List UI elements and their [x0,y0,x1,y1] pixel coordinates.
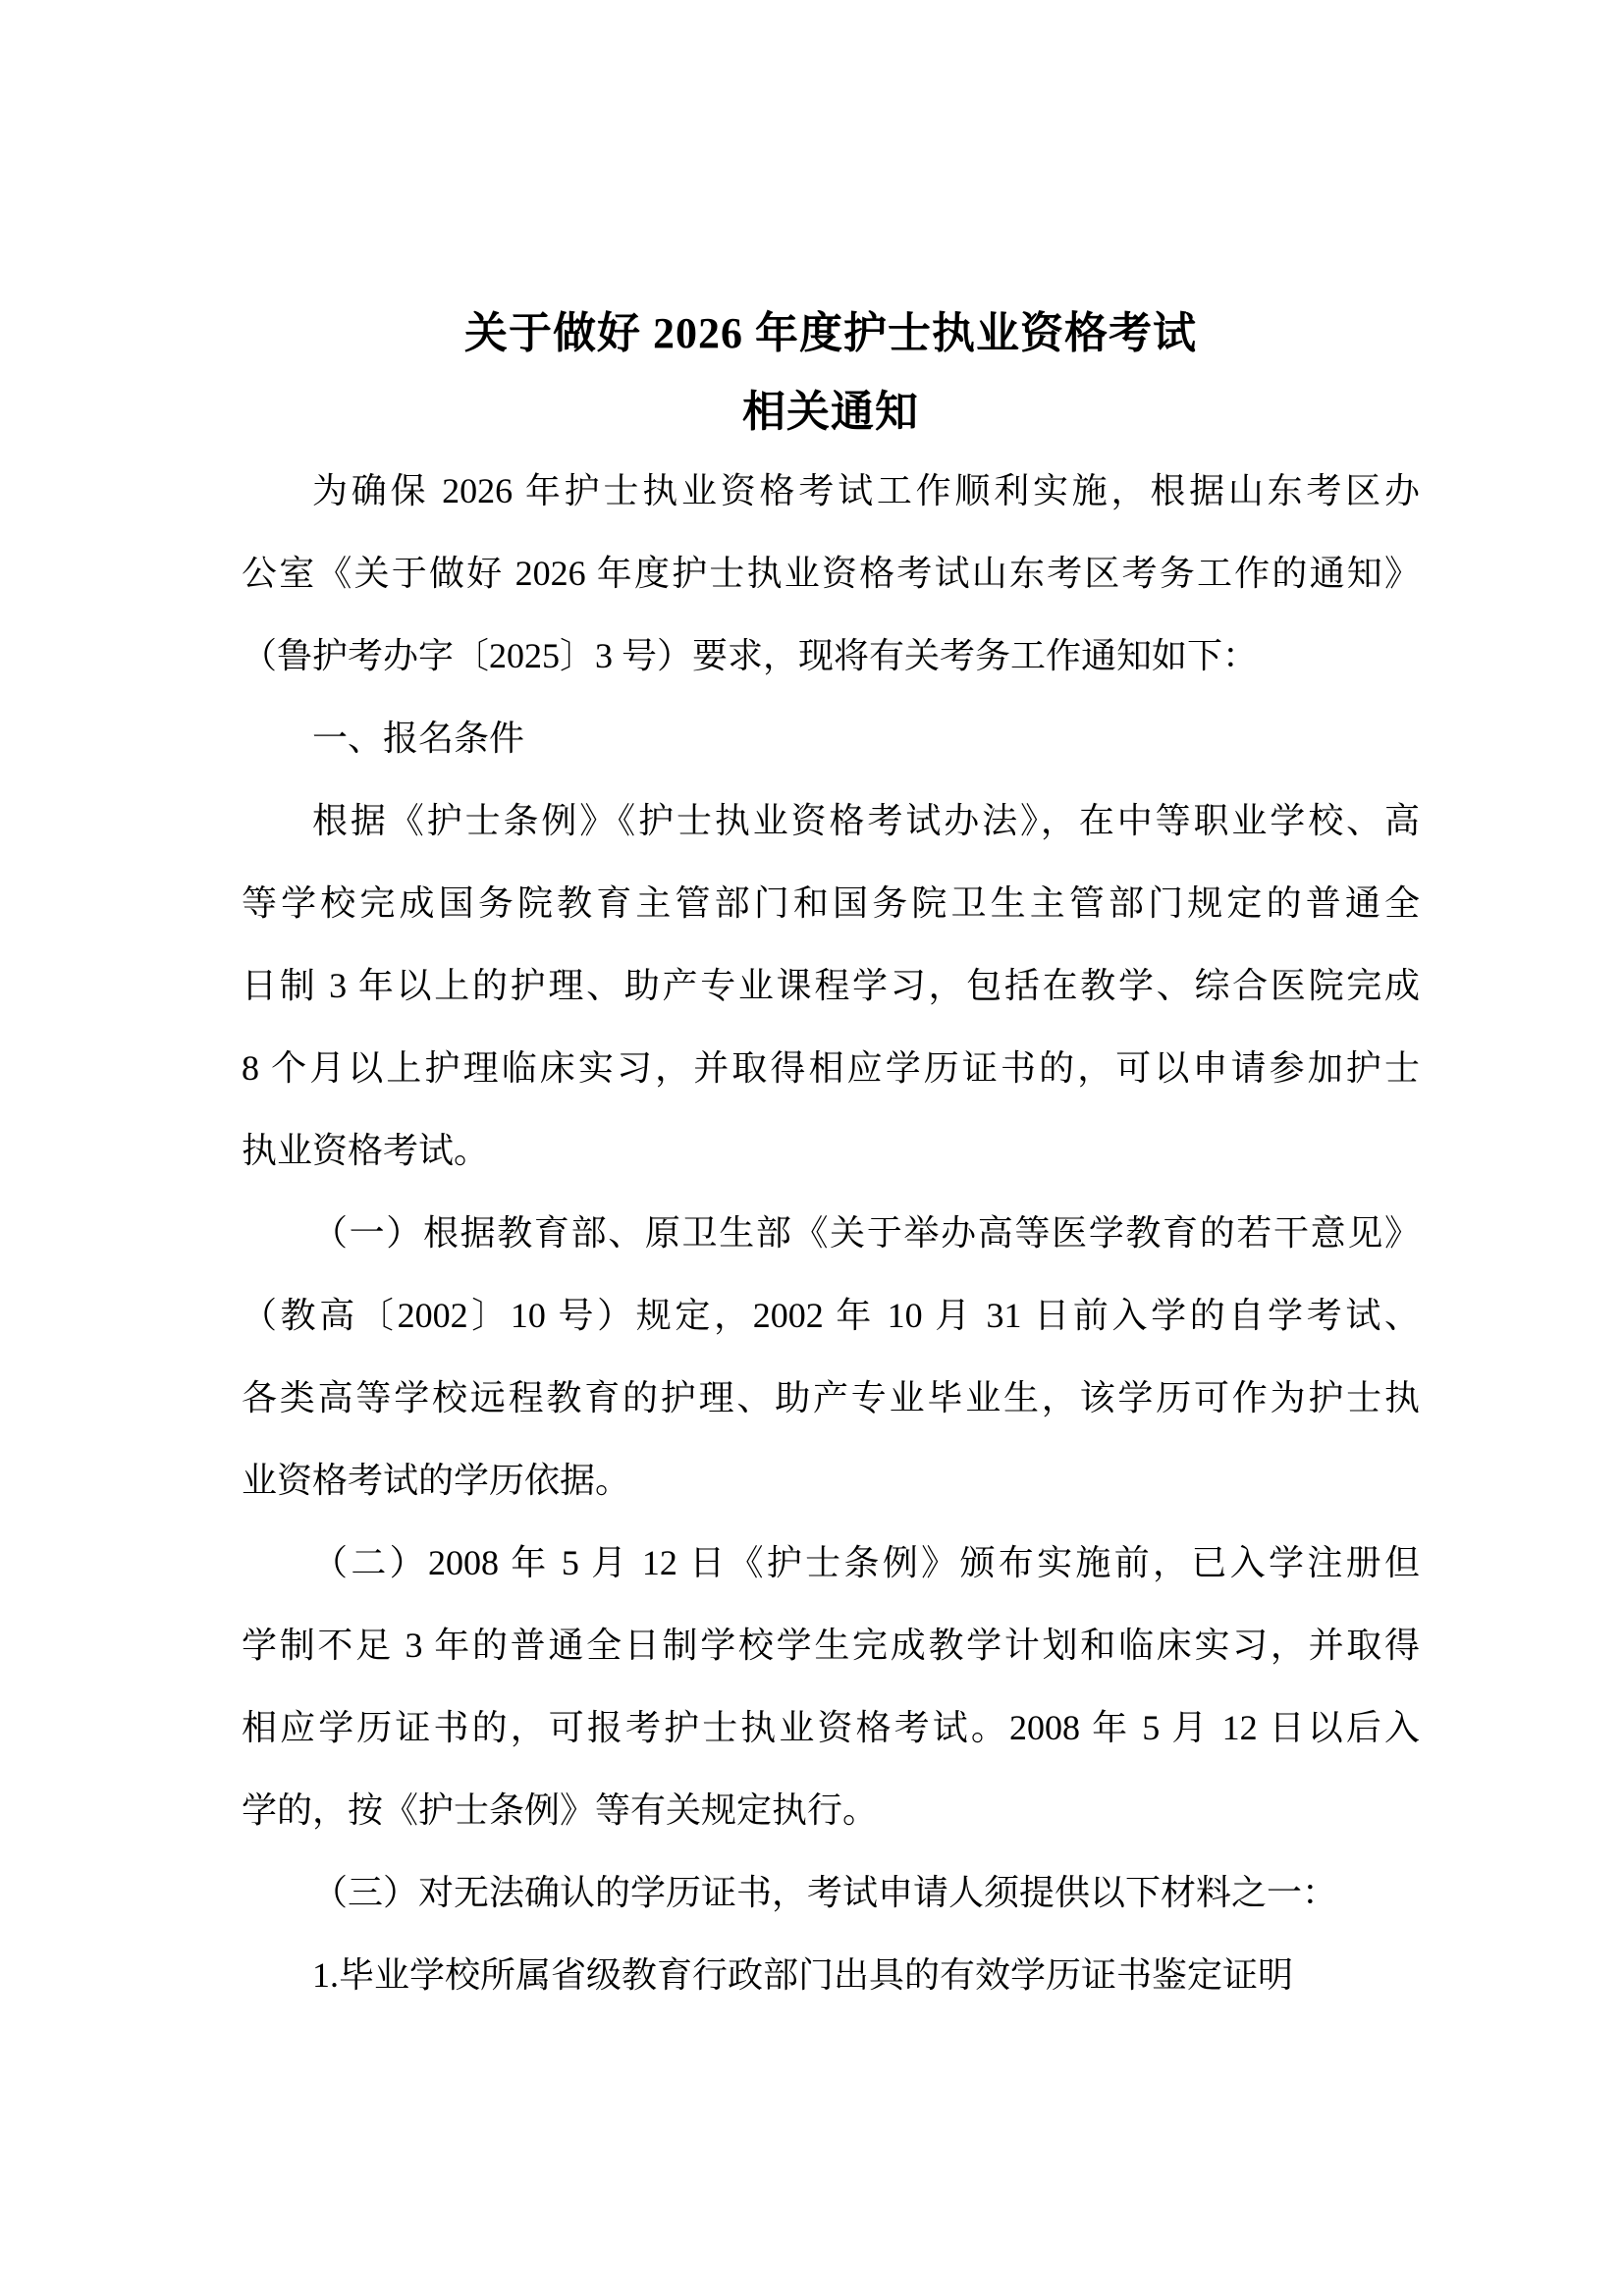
text-line: 学制不足 3 年的普通全日制学校学生完成教学计划和临床实习，并取得 [242,1604,1420,1686]
text-line: 8 个月以上护理临床实习，并取得相应学历证书的，可以申请参加护士 [242,1027,1420,1109]
text-line: （鲁护考办字〔2025〕3 号）要求，现将有关考务工作通知如下： [242,614,1420,697]
text-line: 学的，按《护士条例》等有关规定执行。 [242,1769,1420,1851]
paragraph: 为确保 2026 年护士执业资格考试工作顺利实施，根据山东考区办公室《关于做好 … [242,450,1420,697]
text-line: 日制 3 年以上的护理、助产专业课程学习，包括在教学、综合医院完成 [242,944,1420,1027]
document-title: 关于做好 2026 年度护士执业资格考试 相关通知 [242,294,1420,452]
paragraph: （二）2008 年 5 月 12 日《护士条例》颁布实施前，已入学注册但学制不足… [242,1522,1420,1851]
text-line: 1.毕业学校所属省级教育行政部门出具的有效学历证书鉴定证明 [242,1934,1420,2016]
text-line: 公室《关于做好 2026 年度护士执业资格考试山东考区考务工作的通知》 [242,532,1420,614]
text-line: 执业资格考试。 [242,1109,1420,1192]
text-line: （一）根据教育部、原卫生部《关于举办高等医学教育的若干意见》 [242,1192,1420,1274]
title-line-1: 关于做好 2026 年度护士执业资格考试 [242,294,1420,373]
text-line: 业资格考试的学历依据。 [242,1439,1420,1522]
title-line-2: 相关通知 [242,373,1420,452]
text-line: （三）对无法确认的学历证书，考试申请人须提供以下材料之一： [242,1851,1420,1934]
text-line: 等学校完成国务院教育主管部门和国务院卫生主管部门规定的普通全 [242,862,1420,944]
text-line: （教高〔2002〕10 号）规定，2002 年 10 月 31 日前入学的自学考… [242,1274,1420,1357]
paragraph: 一、报名条件 [242,697,1420,779]
text-line: 为确保 2026 年护士执业资格考试工作顺利实施，根据山东考区办 [242,450,1420,532]
text-line: （二）2008 年 5 月 12 日《护士条例》颁布实施前，已入学注册但 [242,1522,1420,1604]
text-line: 一、报名条件 [242,697,1420,779]
document-body: 为确保 2026 年护士执业资格考试工作顺利实施，根据山东考区办公室《关于做好 … [242,450,1420,2016]
paragraph: （一）根据教育部、原卫生部《关于举办高等医学教育的若干意见》（教高〔2002〕1… [242,1192,1420,1522]
document-content: 关于做好 2026 年度护士执业资格考试 相关通知 为确保 2026 年护士执业… [242,294,1420,2016]
text-line: 相应学历证书的，可报考护士执业资格考试。2008 年 5 月 12 日以后入 [242,1686,1420,1769]
text-line: 根据《护士条例》《护士执业资格考试办法》，在中等职业学校、高 [242,779,1420,862]
paragraph: 1.毕业学校所属省级教育行政部门出具的有效学历证书鉴定证明 [242,1934,1420,2016]
paragraph: 根据《护士条例》《护士执业资格考试办法》，在中等职业学校、高等学校完成国务院教育… [242,779,1420,1192]
document-page: 关于做好 2026 年度护士执业资格考试 相关通知 为确保 2026 年护士执业… [0,0,1623,2296]
text-line: 各类高等学校远程教育的护理、助产专业毕业生，该学历可作为护士执 [242,1357,1420,1439]
paragraph: （三）对无法确认的学历证书，考试申请人须提供以下材料之一： [242,1851,1420,1934]
